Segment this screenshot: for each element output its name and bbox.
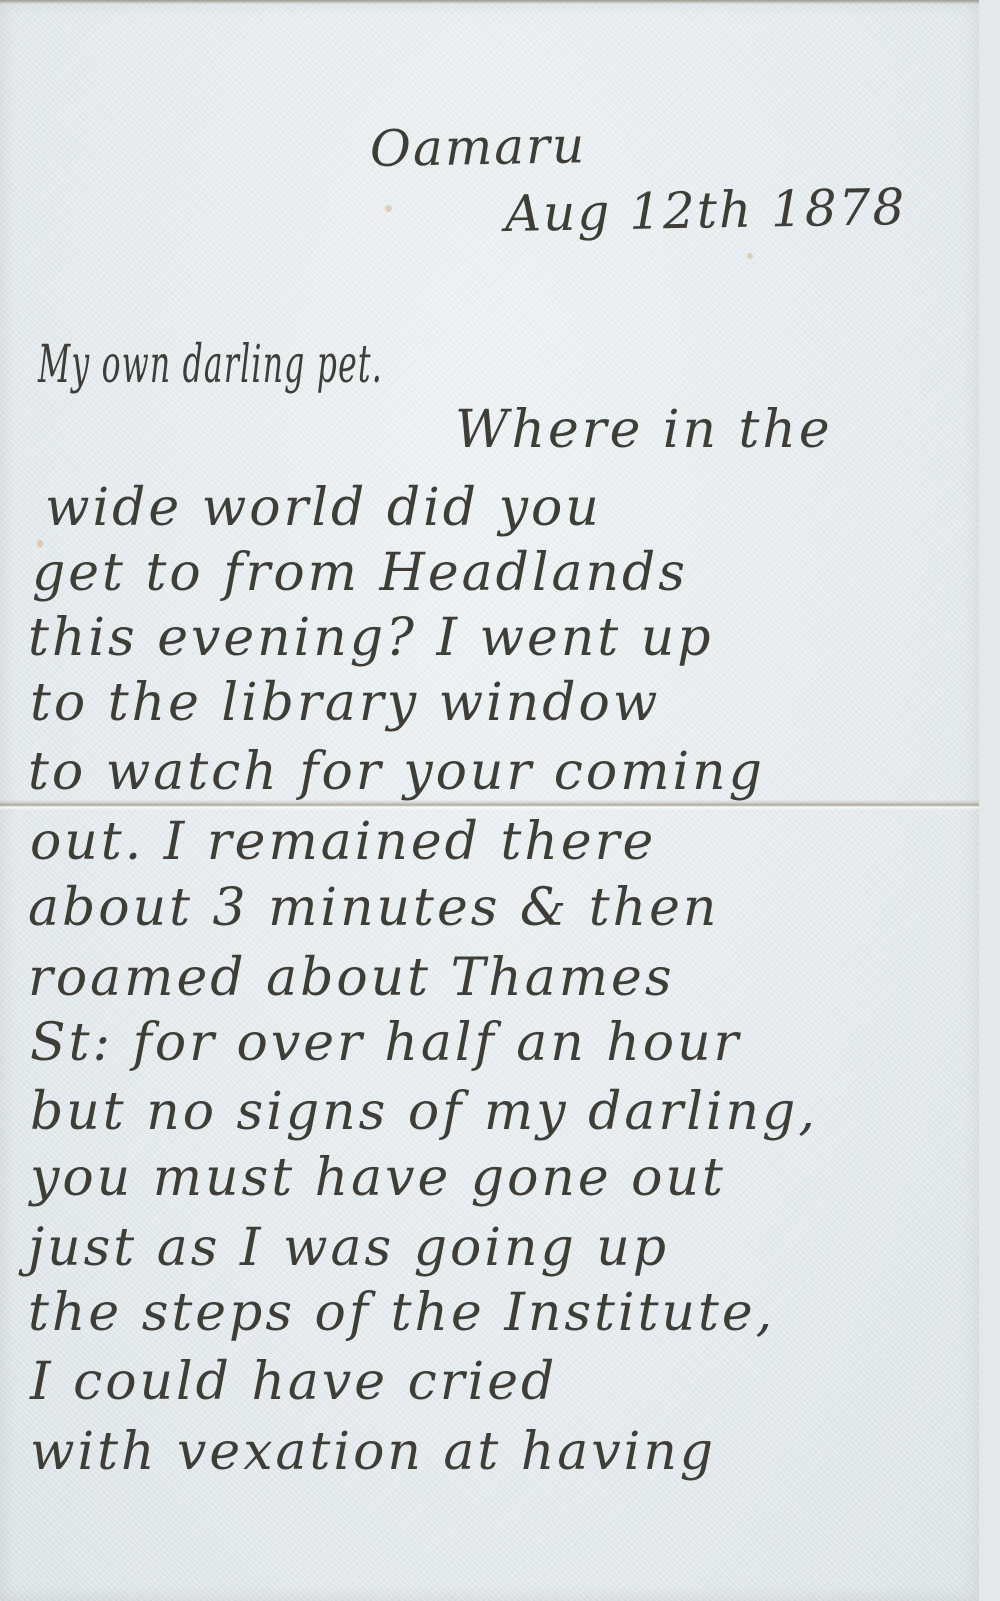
letter-line: the steps of the Institute, xyxy=(28,1283,775,1343)
letter-line: you must have gone out xyxy=(30,1148,726,1208)
letter-line: wide world did you xyxy=(45,478,602,538)
paper-top-edge xyxy=(0,0,979,4)
letter-salutation: My own darling pet. xyxy=(38,335,383,395)
paper-stain xyxy=(385,205,392,212)
letter-line: St: for over half an hour xyxy=(30,1013,741,1073)
letter-date: Aug 12th 1878 xyxy=(504,178,906,243)
letter-line: get to from Headlands xyxy=(32,543,688,603)
letter-line: to the library window xyxy=(30,673,660,733)
paper-stain xyxy=(747,253,753,259)
letter-line: just as I was going up xyxy=(28,1218,669,1278)
letter-line: about 3 minutes & then xyxy=(28,878,719,938)
letter-line: Where in the xyxy=(455,400,833,460)
letter-line: roamed about Thames xyxy=(28,948,675,1008)
letter-line: to watch for your coming xyxy=(28,742,765,802)
letter-line: with vexation at having xyxy=(30,1422,716,1482)
letter-line: this evening? I went up xyxy=(28,608,714,668)
letter-page: Oamaru Aug 12th 1878 My own darling pet.… xyxy=(0,0,979,1601)
letter-line: out. I remained there xyxy=(30,812,656,872)
letter-place: Oamaru xyxy=(369,116,586,178)
letter-line: but no signs of my darling, xyxy=(30,1082,818,1142)
letter-line: I could have cried xyxy=(30,1352,557,1412)
